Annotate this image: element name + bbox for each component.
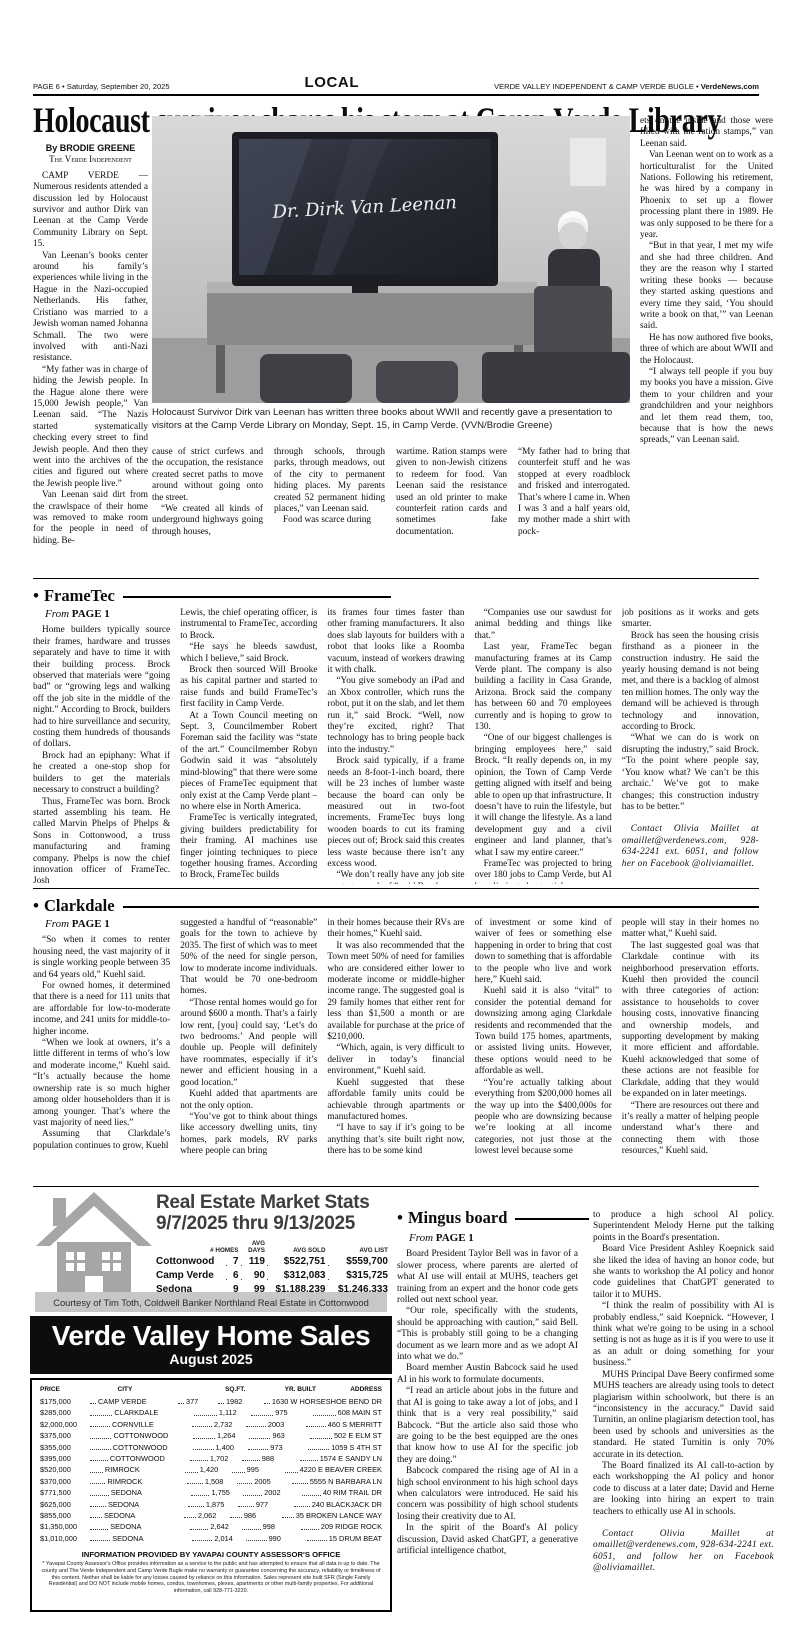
stats-homes: 7 bbox=[229, 1255, 239, 1269]
paragraph: Brock said typically, if a frame needs a… bbox=[327, 756, 464, 870]
stats-sold: $312,083 bbox=[270, 1269, 326, 1283]
sale-address: 1574 E SANDY LN bbox=[320, 1453, 382, 1464]
sale-price: $520,000 bbox=[40, 1464, 88, 1475]
photo-wall-sign bbox=[570, 138, 606, 186]
sale-row: $1,350,000SEDONA2,642998209 RIDGE ROCK bbox=[40, 1521, 382, 1532]
sale-city: SEDONA bbox=[108, 1499, 186, 1510]
section-divider-1 bbox=[33, 578, 759, 579]
paragraph: “There are resources out there and it’s … bbox=[622, 1101, 759, 1158]
paragraph: “My father was in charge of hiding the J… bbox=[33, 365, 148, 490]
sale-row: $375,000COTTONWOOD1,264963502 E ELM ST bbox=[40, 1430, 382, 1441]
paragraph: people will stay in their homes no matte… bbox=[622, 918, 759, 941]
man-head bbox=[559, 222, 587, 250]
sale-sqft: 2,642 bbox=[210, 1521, 240, 1532]
stats-list: $559,700 bbox=[330, 1255, 388, 1269]
paragraph: Board Vice President Ashley Koepnick sai… bbox=[593, 1244, 774, 1301]
paragraph: Brock then sourced Will Brooke as his ca… bbox=[180, 665, 317, 711]
mingus-title: Mingus board bbox=[408, 1208, 507, 1228]
sales-footer-disclaimer: * Yavapai County Assessor's Office provi… bbox=[40, 1561, 382, 1595]
lead-column-right: ets on the inside and those were filled … bbox=[640, 116, 773, 574]
paragraph: “One of our biggest challenges is bringi… bbox=[475, 733, 612, 858]
paragraph: MUHS Principal Dave Beery confirmed some… bbox=[593, 1370, 774, 1461]
section-divider-3 bbox=[33, 1186, 759, 1187]
paragraph: Brock had an epiphany: What if he create… bbox=[33, 751, 170, 797]
paragraph: job positions as it works and gets smart… bbox=[622, 608, 759, 631]
frametec-col5: job positions as it works and gets smart… bbox=[622, 608, 759, 884]
sale-year: 986 bbox=[244, 1510, 280, 1521]
stats-homes: 6 bbox=[229, 1269, 239, 1283]
sale-sqft: 2,732 bbox=[214, 1419, 244, 1430]
paragraph: In the spirit of the Board's AI policy d… bbox=[397, 1523, 578, 1557]
sale-sqft: 1,875 bbox=[206, 1499, 236, 1510]
paragraph: FrameTec was projected to bring over 180… bbox=[475, 859, 612, 884]
clarkdale-title: Clarkdale bbox=[44, 896, 115, 916]
sale-address: 4220 E BEAVER CREEK bbox=[300, 1464, 382, 1475]
masthead-rule bbox=[33, 94, 759, 96]
paragraph: its frames four times faster than other … bbox=[327, 608, 464, 676]
paragraph: “Companies use our sawdust for animal be… bbox=[475, 608, 612, 642]
paragraph: For owned homes, it determined that ther… bbox=[33, 981, 170, 1038]
photo-table-front bbox=[207, 293, 537, 345]
sale-price: $1,350,000 bbox=[40, 1521, 88, 1532]
photo-chair-1 bbox=[260, 354, 352, 403]
sale-row: $855,000SEDONA2,06298635 BROKEN LANCE WA… bbox=[40, 1510, 382, 1521]
paragraph: ets on the inside and those were filled … bbox=[640, 116, 773, 150]
byline-org: The Verde Independent bbox=[33, 154, 148, 165]
frametec-col3: its frames four times faster than other … bbox=[327, 608, 464, 884]
lead-column-5: “My father had to bring that counterfeit… bbox=[518, 447, 630, 574]
sale-city: SEDONA bbox=[112, 1533, 190, 1544]
stats-rows: Cottonwood7119$522,751$559,700Camp Verde… bbox=[156, 1255, 388, 1297]
paragraph: Thus, FrameTec was born. Brock started a… bbox=[33, 797, 170, 885]
paragraph: Brock has seen the housing crisis firsth… bbox=[622, 631, 759, 734]
bullet-icon: • bbox=[397, 1211, 403, 1225]
lead-column-4: wartime. Ration stamps were given to non… bbox=[396, 447, 507, 574]
paragraph: Van Leenan said dirt from the crawlspace… bbox=[33, 490, 148, 547]
lead-column-1: By BRODIE GREENE The Verde Independent C… bbox=[33, 143, 148, 575]
masthead: PAGE 6 • Saturday, September 20, 2025 LO… bbox=[33, 74, 759, 91]
bullet-icon: • bbox=[33, 589, 39, 603]
sale-sqft: 1,755 bbox=[211, 1487, 241, 1498]
paragraph: cause of strict curfews and the occupati… bbox=[152, 447, 263, 504]
sale-city: RIMROCK bbox=[105, 1464, 183, 1475]
sale-city: SEDONA bbox=[104, 1510, 182, 1521]
mingus-rule bbox=[515, 1218, 589, 1220]
home-sales-banner: Verde Valley Home Sales August 2025 bbox=[30, 1316, 392, 1374]
sale-price: $175,000 bbox=[40, 1396, 88, 1407]
paragraph: “What we can do is work on disrupting th… bbox=[622, 733, 759, 813]
stats-city: Cottonwood bbox=[156, 1255, 224, 1269]
sale-year: 1982 bbox=[226, 1396, 262, 1407]
from-page-label: From PAGE 1 bbox=[45, 919, 170, 930]
sale-row: $370,000RIMROCK1,50820055555 N BARBARA L… bbox=[40, 1476, 382, 1487]
sale-row: $771,500SEDONA1,755200240 RIM TRAIL DR bbox=[40, 1487, 382, 1498]
stats-list: $315,725 bbox=[330, 1269, 388, 1283]
paragraph: “I read an article about jobs in the fut… bbox=[397, 1386, 578, 1466]
sale-year: 995 bbox=[247, 1464, 283, 1475]
paragraph: suggested a handful of “reasonable” goal… bbox=[180, 918, 317, 998]
paragraph: “I always tell people if you buy my book… bbox=[640, 367, 773, 447]
paragraph: “Our role, specifically with the student… bbox=[397, 1306, 578, 1363]
sale-sqft: 1,420 bbox=[200, 1464, 230, 1475]
site-url: VerdeNews.com bbox=[701, 82, 759, 91]
photo-chair-right bbox=[534, 286, 612, 356]
paragraph: “My father had to bring that counterfeit… bbox=[518, 447, 630, 538]
paragraph: Food was scarce during bbox=[274, 515, 385, 526]
stats-header-row: # HOMES AVG DAYS AVG SOLD AVG LIST bbox=[156, 1240, 388, 1254]
paragraph: wartime. Ration stamps were given to non… bbox=[396, 447, 507, 538]
paragraph: through schools, through parks, through … bbox=[274, 447, 385, 515]
mingus-header: • Mingus board bbox=[397, 1208, 589, 1228]
sale-sqft: 1,264 bbox=[217, 1430, 247, 1441]
stats-title-line2: 9/7/2025 thru 9/13/2025 bbox=[156, 1213, 388, 1234]
paragraph: Last year, FrameTec began manufacturing … bbox=[475, 642, 612, 733]
sale-year: 990 bbox=[269, 1533, 305, 1544]
section-divider-2 bbox=[33, 888, 759, 889]
paragraph: “We created all kinds of underground hig… bbox=[152, 504, 263, 538]
paragraph: He has now authored five books, three of… bbox=[640, 333, 773, 367]
paragraph: “Which, again, is very difficult to deli… bbox=[327, 1043, 464, 1077]
clarkdale-col1: From PAGE 1 “So when it comes to renter … bbox=[33, 918, 170, 1182]
paragraph: Board President Taylor Bell was in favor… bbox=[397, 1249, 578, 1306]
sales-header-row: PRICE CITY SQ.FT. YR. BUILT ADDRESS bbox=[40, 1386, 382, 1393]
sale-city: SEDONA bbox=[111, 1487, 189, 1498]
frametec-col1: From PAGE 1 Home builders typically sour… bbox=[33, 608, 170, 884]
paragraph: Assuming that Clarkdale’s population con… bbox=[33, 1129, 170, 1152]
paragraph: “Those rental homes would go for around … bbox=[180, 998, 317, 1089]
sale-row: $2,000,000CORNVILLE2,7322003460 S MERRIT… bbox=[40, 1419, 382, 1430]
sale-city: SEDONA bbox=[110, 1521, 188, 1532]
paragraph: “I have to say if it’s going to be anyth… bbox=[327, 1123, 464, 1157]
paragraph: in their homes because their RVs are the… bbox=[327, 918, 464, 941]
photo-chair-3 bbox=[482, 352, 630, 403]
lead-column-2: cause of strict curfews and the occupati… bbox=[152, 447, 263, 574]
sale-row: $520,000RIMROCK1,4209954220 E BEAVER CRE… bbox=[40, 1464, 382, 1475]
sale-sqft: 377 bbox=[186, 1396, 216, 1407]
mingus-col2: to produce a high school AI policy. Supe… bbox=[593, 1210, 774, 1630]
paragraph: “But in that year, I met my wife and she… bbox=[640, 241, 773, 332]
sale-price: $355,000 bbox=[40, 1442, 88, 1453]
sale-address: 15 DRUM BEAT bbox=[329, 1533, 382, 1544]
sale-city: RIMROCK bbox=[107, 1476, 185, 1487]
clarkdale-col2: suggested a handful of “reasonable” goal… bbox=[180, 918, 317, 1182]
sale-price: $370,000 bbox=[40, 1476, 88, 1487]
from-page-label: From PAGE 1 bbox=[409, 1233, 578, 1244]
frametec-title: FrameTec bbox=[44, 586, 115, 606]
sale-address: 608 MAIN ST bbox=[338, 1407, 382, 1418]
sale-price: $771,500 bbox=[40, 1487, 88, 1498]
sale-city: CORNVILLE bbox=[112, 1419, 190, 1430]
frametec-contact: Contact Olivia Maillet at omaillet@verde… bbox=[622, 824, 759, 870]
sale-address: 1059 S 4TH ST bbox=[331, 1442, 382, 1453]
paragraph: Board member Austin Babcock said he used… bbox=[397, 1363, 578, 1386]
sale-address: 35 BROKEN LANCE WAY bbox=[296, 1510, 382, 1521]
stats-content: Real Estate Market Stats 9/7/2025 thru 9… bbox=[156, 1192, 388, 1297]
stats-city: Camp Verde bbox=[156, 1269, 224, 1283]
sale-address: 460 S MERRITT bbox=[328, 1419, 382, 1430]
paragraph: “You’ve got to think about things like a… bbox=[180, 1112, 317, 1158]
paragraph: “I think the realm of possibility with A… bbox=[593, 1301, 774, 1369]
sale-sqft: 1,508 bbox=[205, 1476, 235, 1487]
frametec-col2: Lewis, the chief operating officer, is i… bbox=[180, 608, 317, 884]
sale-price: $855,000 bbox=[40, 1510, 88, 1521]
paragraph: It was also recommended that the Town me… bbox=[327, 941, 464, 1044]
sale-year: 963 bbox=[272, 1430, 308, 1441]
frametec-header: • FrameTec bbox=[33, 586, 391, 606]
sale-year: 988 bbox=[262, 1453, 298, 1464]
stats-row: Camp Verde690$312,083$315,725 bbox=[156, 1269, 388, 1283]
sale-sqft: 1,400 bbox=[216, 1442, 246, 1453]
frametec-col4: “Companies use our sawdust for animal be… bbox=[475, 608, 612, 884]
sale-address: 1630 W HORSESHOE BEND DR bbox=[272, 1396, 382, 1407]
publication-name: VERDE VALLEY INDEPENDENT & CAMP VERDE BU… bbox=[494, 82, 759, 91]
sale-address: 502 E ELM ST bbox=[334, 1430, 382, 1441]
sale-address: 209 RIDGE ROCK bbox=[321, 1521, 382, 1532]
sale-year: 2002 bbox=[264, 1487, 300, 1498]
sale-row: $175,000CAMP VERDE37719821630 W HORSESHO… bbox=[40, 1396, 382, 1407]
sale-sqft: 2,062 bbox=[198, 1510, 228, 1521]
paragraph: Home builders typically source their fra… bbox=[33, 625, 170, 750]
stats-sold: $522,751 bbox=[270, 1255, 326, 1269]
paragraph: “When we look at owners, it’s a little d… bbox=[33, 1038, 170, 1129]
sale-price: $375,000 bbox=[40, 1430, 88, 1441]
paragraph: “We don’t really have any job site waste… bbox=[327, 870, 464, 884]
sale-sqft: 2,014 bbox=[214, 1533, 244, 1544]
clarkdale-columns: From PAGE 1 “So when it comes to renter … bbox=[33, 918, 759, 1182]
sale-year: 2003 bbox=[268, 1419, 304, 1430]
sale-price: $395,000 bbox=[40, 1453, 88, 1464]
sale-row: $355,000COTTONWOOD1,4009731059 S 4TH ST bbox=[40, 1442, 382, 1453]
sale-row: $395,000COTTONWOOD1,7029881574 E SANDY L… bbox=[40, 1453, 382, 1464]
stats-days: 119 bbox=[243, 1255, 265, 1269]
real-estate-stats-panel: Real Estate Market Stats 9/7/2025 thru 9… bbox=[30, 1190, 392, 1290]
sale-sqft: 1,112 bbox=[219, 1407, 249, 1418]
sale-price: $1,010,000 bbox=[40, 1533, 88, 1544]
paragraph: CAMP VERDE — Numerous residents attended… bbox=[33, 171, 148, 251]
photo-illustration: Dr. Dirk Van Leenan bbox=[152, 116, 630, 403]
sale-row: $1,010,000SEDONA2,01499015 DRUM BEAT bbox=[40, 1533, 382, 1544]
paragraph: “You give somebody an iPad and an Xbox c… bbox=[327, 676, 464, 756]
home-sales-table: PRICE CITY SQ.FT. YR. BUILT ADDRESS $175… bbox=[30, 1378, 392, 1612]
paragraph: “You’re actually talking about everythin… bbox=[475, 1078, 612, 1158]
sale-year: 977 bbox=[256, 1499, 292, 1510]
sales-footer-title: INFORMATION PROVIDED BY YAVAPAI COUNTY A… bbox=[40, 1550, 382, 1559]
paragraph: The Board finalized its AI call-to-actio… bbox=[593, 1461, 774, 1518]
clarkdale-col4: of investment or some kind of waiver of … bbox=[475, 918, 612, 1182]
paragraph: Kuehl said it is also “vital” to conside… bbox=[475, 986, 612, 1077]
home-sales-title: Verde Valley Home Sales bbox=[30, 1321, 392, 1351]
paragraph: “He says he bleeds sawdust, which I beli… bbox=[180, 642, 317, 665]
sale-row: $285,000CLARKDALE1,112975608 MAIN ST bbox=[40, 1407, 382, 1418]
sale-address: 5555 N BARBARA LN bbox=[310, 1476, 382, 1487]
photo-chair-2 bbox=[376, 361, 458, 403]
paragraph: Lewis, the chief operating officer, is i… bbox=[180, 608, 317, 642]
byline: By BRODIE GREENE bbox=[33, 143, 148, 154]
stats-days: 90 bbox=[243, 1269, 265, 1283]
stats-title-line1: Real Estate Market Stats bbox=[156, 1192, 388, 1213]
sale-year: 998 bbox=[263, 1521, 299, 1532]
paragraph: Babcock compared the rising age of AI in… bbox=[397, 1466, 578, 1523]
sale-sqft: 1,702 bbox=[210, 1453, 240, 1464]
paragraph: to produce a high school AI policy. Supe… bbox=[593, 1210, 774, 1244]
lead-column-3: through schools, through parks, through … bbox=[274, 447, 385, 574]
clarkdale-header: • Clarkdale bbox=[33, 896, 759, 916]
sale-row: $625,000SEDONA1,875977240 BLACKJACK DR bbox=[40, 1499, 382, 1510]
sale-city: CAMP VERDE bbox=[98, 1396, 176, 1407]
from-page-label: From PAGE 1 bbox=[45, 609, 170, 620]
sale-price: $2,000,000 bbox=[40, 1419, 88, 1430]
clarkdale-col3: in their homes because their RVs are the… bbox=[327, 918, 464, 1182]
frametec-rule bbox=[123, 596, 391, 598]
clarkdale-col5: people will stay in their homes no matte… bbox=[622, 918, 759, 1182]
frametec-columns: From PAGE 1 Home builders typically sour… bbox=[33, 608, 759, 884]
sale-address: 40 RIM TRAIL DR bbox=[323, 1487, 382, 1498]
paragraph: “So when it comes to renter housing need… bbox=[33, 935, 170, 981]
paragraph: FrameTec is vertically integrated, givin… bbox=[180, 813, 317, 881]
stats-courtesy-bar: Courtesy of Tim Toth, Coldwell Banker No… bbox=[35, 1292, 387, 1312]
house-icon bbox=[36, 1192, 152, 1294]
sale-city: COTTONWOOD bbox=[113, 1430, 191, 1441]
paragraph: Van Leenan’s books center around his fam… bbox=[33, 251, 148, 365]
home-sales-subtitle: August 2025 bbox=[30, 1351, 392, 1368]
mingus-contact: Contact Olivia Maillet at omaillet@verde… bbox=[593, 1529, 774, 1575]
sale-price: $625,000 bbox=[40, 1499, 88, 1510]
clarkdale-rule bbox=[123, 906, 759, 908]
paragraph: Kuehl added that apartments are not the … bbox=[180, 1089, 317, 1112]
sale-address: 240 BLACKJACK DR bbox=[312, 1499, 382, 1510]
photo-caption: Holocaust Survivor Dirk van Leenan has w… bbox=[152, 407, 630, 432]
bullet-icon: • bbox=[33, 899, 39, 913]
lead-col1-text: CAMP VERDE — Numerous residents attended… bbox=[33, 171, 148, 547]
paragraph: of investment or some kind of waiver of … bbox=[475, 918, 612, 986]
sale-year: 975 bbox=[275, 1407, 311, 1418]
page-date: PAGE 6 • Saturday, September 20, 2025 bbox=[33, 82, 170, 91]
paragraph: Van Leenan went on to work as a horticul… bbox=[640, 150, 773, 241]
paragraph: The last suggested goal was that Clarkda… bbox=[622, 941, 759, 1101]
sale-city: COTTONWOOD bbox=[110, 1453, 188, 1464]
sale-year: 973 bbox=[270, 1442, 306, 1453]
sales-rows: $175,000CAMP VERDE37719821630 W HORSESHO… bbox=[40, 1396, 382, 1544]
paragraph: Kuehl suggested that these affordable fa… bbox=[327, 1078, 464, 1124]
mingus-col1: From PAGE 1 Board President Taylor Bell … bbox=[397, 1232, 578, 1630]
stats-row: Cottonwood7119$522,751$559,700 bbox=[156, 1255, 388, 1269]
sale-year: 2005 bbox=[254, 1476, 290, 1487]
sale-city: COTTONWOOD bbox=[113, 1442, 191, 1453]
section-label: LOCAL bbox=[304, 74, 359, 91]
sale-city: CLARKDALE bbox=[114, 1407, 192, 1418]
paragraph: At a Town Council meeting on Sept. 3, Co… bbox=[180, 711, 317, 814]
article-photo: Dr. Dirk Van Leenan bbox=[152, 116, 630, 403]
sale-price: $285,000 bbox=[40, 1407, 88, 1418]
